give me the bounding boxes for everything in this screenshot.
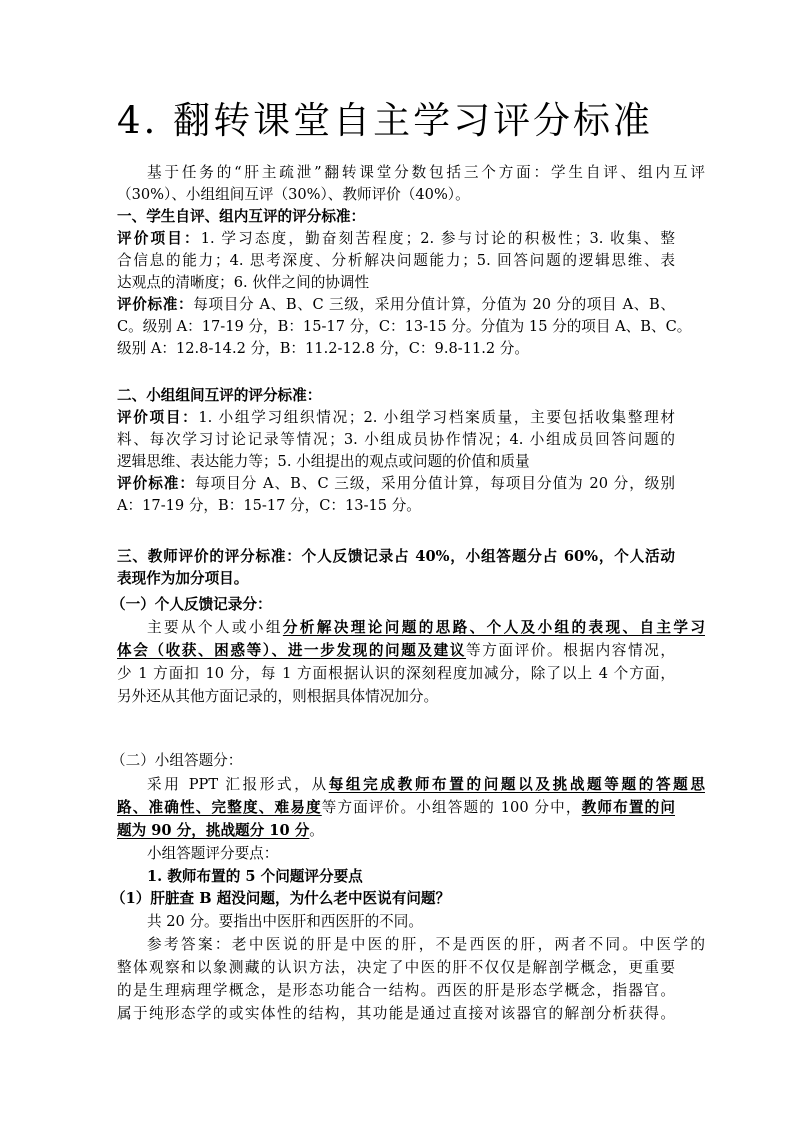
section1-criteria-line-2: C。级别 A：17-19 分，B：15-17 分，C：13-15 分。分值为 1… (117, 316, 675, 338)
sub1-heading: （一）个人反馈记录分： (111, 594, 669, 616)
sub2-para-line-3: 题为 90 分，挑战题分 10 分。 (117, 820, 675, 842)
sub1-para-line-1: 主要从个人或小组分析解决理论问题的思路、个人及小组的表现、自主学习 (117, 617, 705, 639)
section3-heading-line-2: 表现作为加分项目。 (117, 568, 675, 590)
section2-items-line-1: 评价项目：1. 小组学习组织情况；2. 小组学习档案质量，主要包括收集整理材 (117, 407, 675, 429)
q1-answer-line-1: 参考答案：老中医说的肝是中医的肝，不是西医的肝，两者不同。中医学的 (117, 934, 705, 956)
q1-answer-line-2: 整体观察和以象测藏的认识方法，决定了中医的肝不仅仅是解剖学概念，更重要 (117, 957, 675, 979)
section1-items-line-1: 评价项目：1. 学习态度，勤奋刻苦程度；2. 参与讨论的积极性；3. 收集、整 (117, 228, 675, 250)
q1-heading: （1）肝脏查 B 超没问题，为什么老中医说有问题？ (111, 888, 669, 910)
section1-heading: 一、学生自评、组内互评的评分标准： (117, 206, 675, 228)
sub2-underlined-4: 题为 90 分，挑战题分 10 分 (117, 822, 309, 839)
items-label: 评价项目： (117, 409, 198, 426)
sub2-para-line-2: 路、准确性、完整度、难易度等方面评价。小组答题的 100 分中，教师布置的问 (117, 797, 675, 819)
sub1-para-line-2: 体会（收获、困惑等）、进一步发现的问题及建议等方面评价。根据内容情况， (117, 640, 675, 662)
section2-criteria-line-1: 评价标准：每项目分 A、B、C 三级，采用分值计算，每项目分值为 20 分，级别 (117, 473, 675, 495)
criteria-label: 评价标准： (117, 296, 193, 313)
sub2-underlined-3: 教师布置的问 (582, 799, 675, 816)
sub2-prefix: 采用 PPT 汇报形式，从 (147, 776, 329, 793)
q1-answer-line-3: 的是生理病理学概念，是形态功能合一结构。西医的肝是形态学概念，指器官。 (117, 980, 675, 1002)
section2-heading: 二、小组组间互评的评分标准： (117, 385, 675, 407)
sub1-prefix: 主要从个人或小组 (147, 619, 283, 636)
sub2-middle: 等方面评价。小组答题的 100 分中， (322, 799, 582, 816)
criteria-label: 评价标准： (117, 475, 195, 492)
q1-score: 共 20 分。要指出中医肝和西医肝的不同。 (117, 911, 705, 933)
items-label: 评价项目： (117, 230, 201, 247)
section1-items-line-2: 合信息的能力；4. 思考深度、分析解决问题能力；5. 回答问题的逻辑思维、表 (117, 250, 675, 272)
section2-items-line-3: 逻辑思维、表达能力等；5. 小组提出的观点或问题的价值和质量 (117, 451, 675, 473)
section1-items-line-3: 达观点的清晰度；6. 伙伴之间的协调性 (117, 272, 675, 294)
sub2-underlined-2: 路、准确性、完整度、难易度 (117, 799, 322, 816)
sub1-underlined-2: 体会（收获、困惑等）、进一步发现的问题及建议 (117, 642, 466, 659)
criteria-text: 每项目分 A、B、C 三级，采用分值计算，分值为 20 分的项目 A、B、 (193, 296, 675, 313)
page-title: 4. 翻转课堂自主学习评分标准 (117, 96, 653, 146)
sub2-para-line-1: 采用 PPT 汇报形式，从每组完成教师布置的问题以及挑战题等题的答题思 (117, 774, 705, 796)
items-text: 1. 小组学习组织情况；2. 小组学习档案质量，主要包括收集整理材 (198, 409, 675, 426)
section3-heading-line-1: 三、教师评价的评分标准：个人反馈记录占 40%，小组答题分占 60%，个人活动 (117, 546, 675, 568)
section1-criteria-line-1: 评价标准：每项目分 A、B、C 三级，采用分值计算，分值为 20 分的项目 A、… (117, 294, 675, 316)
section1-criteria-line-3: 级别 A：12.8-14.2 分，B：11.2-12.8 分，C：9.8-11.… (117, 338, 675, 360)
q1-answer-line-4: 属于纯形态学的或实体性的结构，其功能是通过直接对该器官的解剖分析获得。 (117, 1003, 675, 1025)
sub1-underlined-1: 分析解决理论问题的思路、个人及小组的表现、自主学习 (283, 619, 705, 636)
points-heading: 小组答题评分要点： (117, 843, 705, 865)
sub2-underlined-1: 每组完成教师布置的问题以及挑战题等题的答题思 (329, 776, 705, 793)
intro-line-2: （30%）、小组组间互评（30%）、教师评价（40%）。 (117, 184, 675, 206)
section2-items-line-2: 料、每次学习讨论记录等情况；3. 小组成员协作情况；4. 小组成员回答问题的 (117, 429, 675, 451)
sub2-heading: （二）小组答题分： (111, 750, 669, 772)
section2-criteria-line-2: A：17-19 分，B：15-17 分，C：13-15 分。 (117, 495, 675, 517)
sub2-suffix: 。 (309, 822, 324, 839)
intro-line-1: 基于任务的“肝主疏泄”翻转课堂分数包括三个方面：学生自评、组内互评 (117, 162, 705, 184)
items-text: 1. 学习态度，勤奋刻苦程度；2. 参与讨论的积极性；3. 收集、整 (201, 230, 675, 247)
criteria-text: 每项目分 A、B、C 三级，采用分值计算，每项目分值为 20 分，级别 (195, 475, 675, 492)
point-1: 1. 教师布置的 5 个问题评分要点 (117, 866, 705, 888)
sub1-para-line-3: 少 1 方面扣 10 分，每 1 方面根据认识的深刻程度加减分，除了以上 4 个… (117, 663, 675, 685)
sub1-para-line-4: 另外还从其他方面记录的，则根据具体情况加分。 (117, 686, 675, 708)
sub1-suffix: 等方面评价。根据内容情况， (466, 642, 675, 659)
